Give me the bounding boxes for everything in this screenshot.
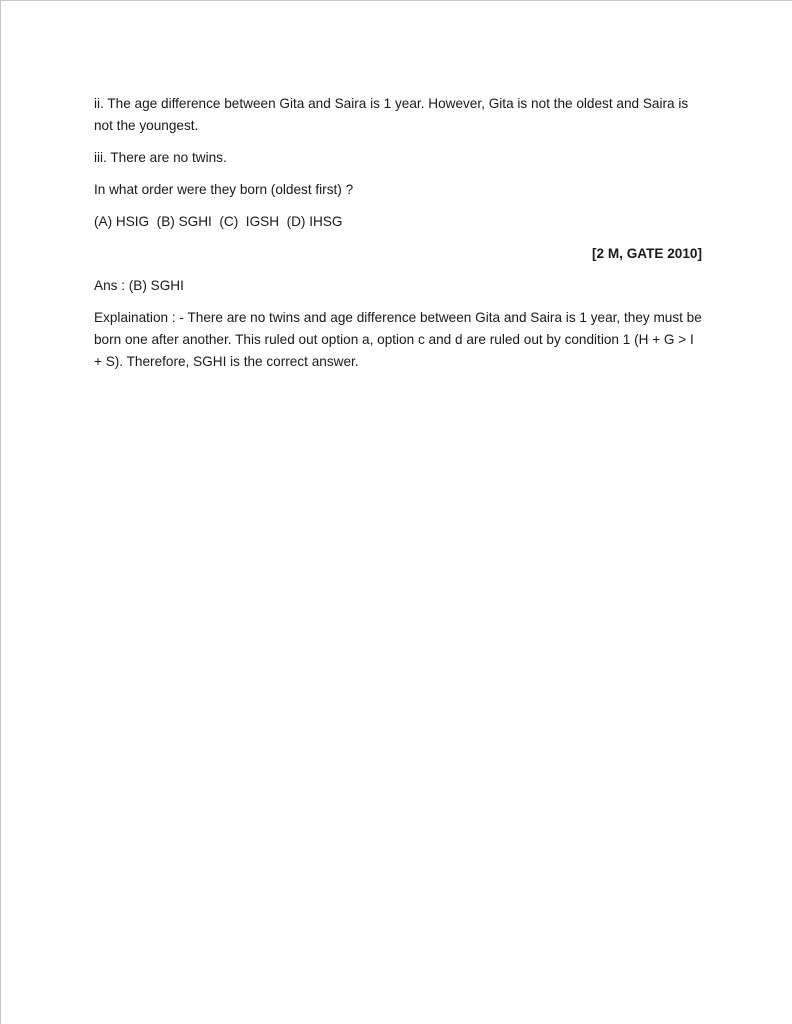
- answer-label: Ans : (B) SGHI: [94, 275, 702, 297]
- document-page: ii. The age difference between Gita and …: [0, 0, 792, 1024]
- answer-options: (A) HSIG (B) SGHI (C) IGSH (D) IHSG: [94, 211, 702, 233]
- question-prompt: In what order were they born (oldest fir…: [94, 179, 702, 201]
- marks-source-label: [2 M, GATE 2010]: [94, 243, 702, 265]
- answer-explanation: Explaination : - There are no twins and …: [94, 307, 702, 373]
- condition-ii-text: ii. The age difference between Gita and …: [94, 93, 702, 137]
- condition-iii-text: iii. There are no twins.: [94, 147, 702, 169]
- document-content: ii. The age difference between Gita and …: [94, 93, 702, 383]
